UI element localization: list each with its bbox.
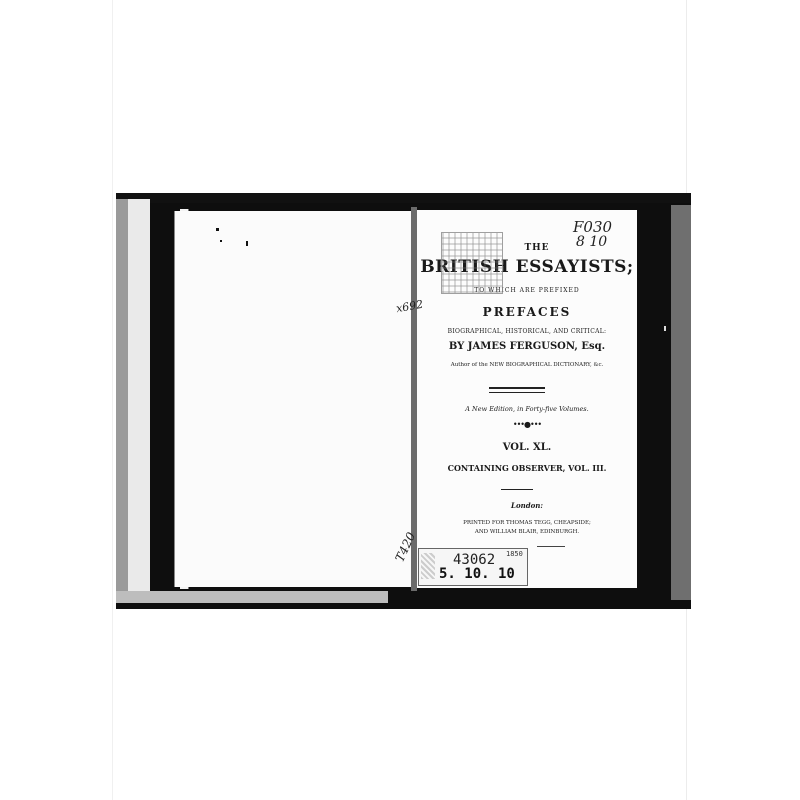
- printer-line-2: AND WILLIAM BLAIR, EDINBURGH.: [417, 528, 637, 537]
- ornament-divider-icon: •••●•••: [417, 420, 637, 429]
- scan-mark: [664, 326, 666, 331]
- cover-inner-edge: [128, 199, 150, 599]
- left-blank-page: [174, 211, 413, 587]
- short-rule-divider: [537, 546, 565, 547]
- prefaces-heading: PREFACES: [417, 305, 637, 319]
- cover-top-edge: [116, 193, 691, 203]
- double-rule-divider: [489, 387, 545, 393]
- library-label: 43062 1850 5. 10. 10: [418, 548, 528, 586]
- cover-right-edge: [671, 205, 691, 600]
- imprint-printers: PRINTED FOR THOMAS TEGG, CHEAPSIDE; AND …: [417, 519, 637, 537]
- printer-line-1: PRINTED FOR THOMAS TEGG, CHEAPSIDE;: [417, 519, 637, 528]
- cover-left-edge: [116, 199, 128, 601]
- label-seal-icon: [421, 553, 435, 579]
- prefaces-descriptor: BIOGRAPHICAL, HISTORICAL, AND CRITICAL:: [417, 328, 637, 335]
- accession-year: 1850: [506, 550, 523, 558]
- imprint-place: London:: [417, 501, 637, 510]
- volume-contents: CONTAINING OBSERVER, VOL. III.: [417, 463, 637, 473]
- scan-edge-left: [112, 0, 113, 800]
- author-note: Author of the NEW BIOGRAPHICAL DICTIONAR…: [417, 362, 637, 368]
- shelfmark: 5. 10. 10: [439, 566, 515, 582]
- ink-speck: [246, 241, 248, 246]
- cover-bottom-edge: [116, 591, 388, 603]
- author-byline: BY JAMES FERGUSON, Esq.: [417, 341, 637, 352]
- volume-number: VOL. XL.: [417, 442, 637, 453]
- ink-speck: [220, 240, 222, 242]
- ink-speck: [216, 228, 219, 231]
- rule-divider: [501, 489, 533, 490]
- edition-statement: A New Edition, in Forty-five Volumes.: [417, 405, 637, 413]
- library-seal-stamp-icon: [441, 232, 503, 294]
- handwritten-note: 8 10: [576, 234, 607, 250]
